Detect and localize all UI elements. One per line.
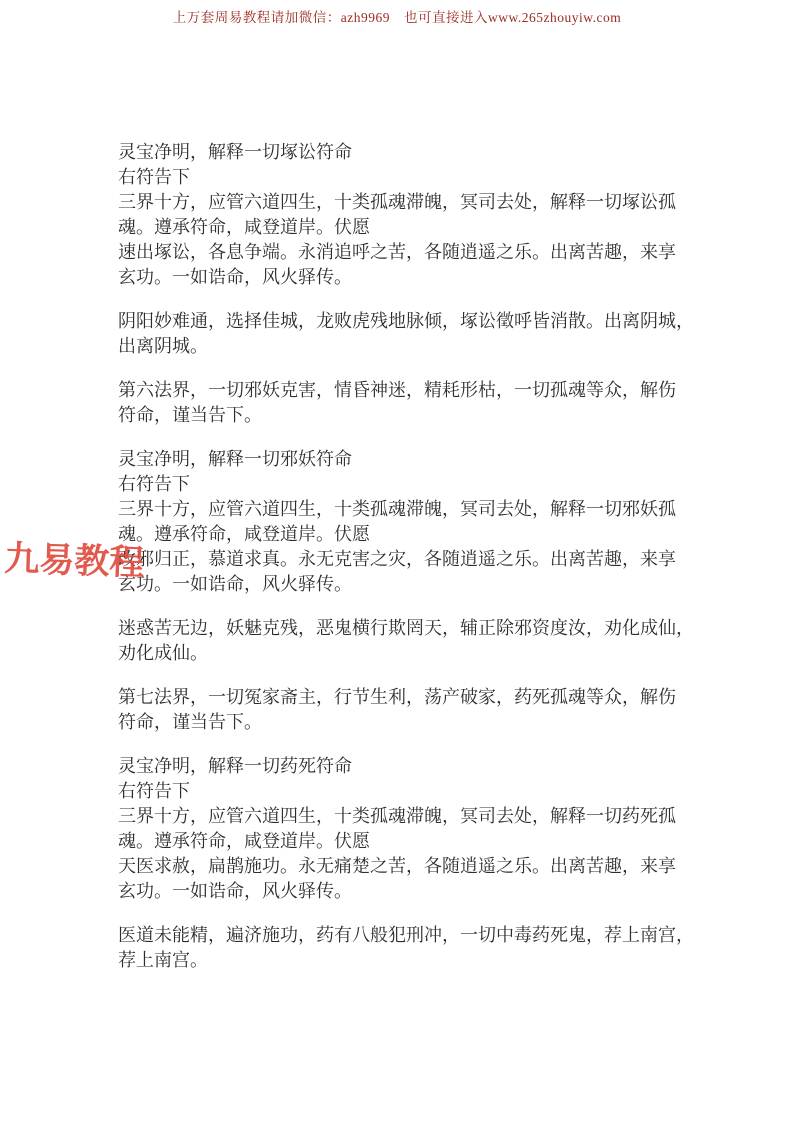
text-line: 右符告下 — [118, 472, 688, 497]
text-line: 右符告下 — [118, 779, 688, 804]
text-line: 荐上南宫。 — [118, 948, 688, 973]
text-line: 符命，谨当告下。 — [118, 710, 688, 735]
text-line: 三界十方，应管六道四生，十类孤魂滞魄，冥司去处，解释一切塚讼孤 — [118, 190, 688, 215]
text-line: 三界十方，应管六道四生，十类孤魂滞魄，冥司去处，解释一切邪妖孤 — [118, 497, 688, 522]
text-line: 劝化成仙。 — [118, 641, 688, 666]
text-line: 速出塚讼，各息争端。永消追呼之苦，各随逍遥之乐。出离苦趣，来享 — [118, 240, 688, 265]
text-line: 灵宝净明，解释一切邪妖符命 — [118, 447, 688, 472]
watermark: 九易教程 — [4, 541, 145, 581]
paragraph: 灵宝净明，解释一切塚讼符命右符告下三界十方，应管六道四生，十类孤魂滞魄，冥司去处… — [118, 140, 688, 290]
paragraph: 医道未能精，遍济施功，药有八般犯刑冲，一切中毒药死鬼，荐上南宫，荐上南宫。 — [118, 923, 688, 973]
text-line: 符命，谨当告下。 — [118, 403, 688, 428]
text-line: 阴阳妙难通，选择佳城，龙败虎残地脉倾，塚讼徵呼皆消散。出离阴城， — [118, 309, 688, 334]
document-body: 灵宝净明，解释一切塚讼符命右符告下三界十方，应管六道四生，十类孤魂滞魄，冥司去处… — [118, 140, 688, 992]
text-line: 三界十方，应管六道四生，十类孤魂滞魄，冥司去处，解释一切药死孤 — [118, 804, 688, 829]
paragraph: 阴阳妙难通，选择佳城，龙败虎残地脉倾，塚讼徵呼皆消散。出离阴城，出离阴城。 — [118, 309, 688, 359]
text-line: 迷惑苦无边，妖魅克残，恶鬼横行欺罔天，辅正除邪资度汝，劝化成仙， — [118, 616, 688, 641]
header-banner: 上万套周易教程请加微信：azh9969 也可直接进入www.265zhouyiw… — [0, 6, 794, 26]
text-line: 右符告下 — [118, 165, 688, 190]
text-line: 灵宝净明，解释一切塚讼符命 — [118, 140, 688, 165]
text-line: 灵宝净明，解释一切药死符命 — [118, 754, 688, 779]
text-line: 玄功。一如诰命，风火驿传。 — [118, 265, 688, 290]
text-line: 出离阴城。 — [118, 334, 688, 359]
text-line: 第七法界，一切冤家斋主，行节生利，荡产破家，药死孤魂等众，解伤 — [118, 685, 688, 710]
text-line: 玄功。一如诰命，风火驿传。 — [118, 879, 688, 904]
paragraph: 灵宝净明，解释一切邪妖符命右符告下三界十方，应管六道四生，十类孤魂滞魄，冥司去处… — [118, 447, 688, 597]
text-line: 改邪归正，慕道求真。永无克害之灾，各随逍遥之乐。出离苦趣，来享 — [118, 547, 688, 572]
text-line: 医道未能精，遍济施功，药有八般犯刑冲，一切中毒药死鬼，荐上南宫， — [118, 923, 688, 948]
paragraph: 第七法界，一切冤家斋主，行节生利，荡产破家，药死孤魂等众，解伤符命，谨当告下。 — [118, 685, 688, 735]
document-page: 上万套周易教程请加微信：azh9969 也可直接进入www.265zhouyiw… — [0, 0, 794, 1123]
text-line: 魂。遵承符命，咸登道岸。伏愿 — [118, 522, 688, 547]
text-line: 玄功。一如诰命，风火驿传。 — [118, 572, 688, 597]
paragraph: 迷惑苦无边，妖魅克残，恶鬼横行欺罔天，辅正除邪资度汝，劝化成仙，劝化成仙。 — [118, 616, 688, 666]
text-line: 第六法界，一切邪妖克害，情昏神迷，精耗形枯，一切孤魂等众，解伤 — [118, 378, 688, 403]
paragraph: 第六法界，一切邪妖克害，情昏神迷，精耗形枯，一切孤魂等众，解伤符命，谨当告下。 — [118, 378, 688, 428]
text-line: 天医求赦，扁鹊施功。永无痛楚之苦，各随逍遥之乐。出离苦趣，来享 — [118, 854, 688, 879]
text-line: 魂。遵承符命，咸登道岸。伏愿 — [118, 215, 688, 240]
text-line: 魂。遵承符命，咸登道岸。伏愿 — [118, 829, 688, 854]
paragraph: 灵宝净明，解释一切药死符命右符告下三界十方，应管六道四生，十类孤魂滞魄，冥司去处… — [118, 754, 688, 904]
